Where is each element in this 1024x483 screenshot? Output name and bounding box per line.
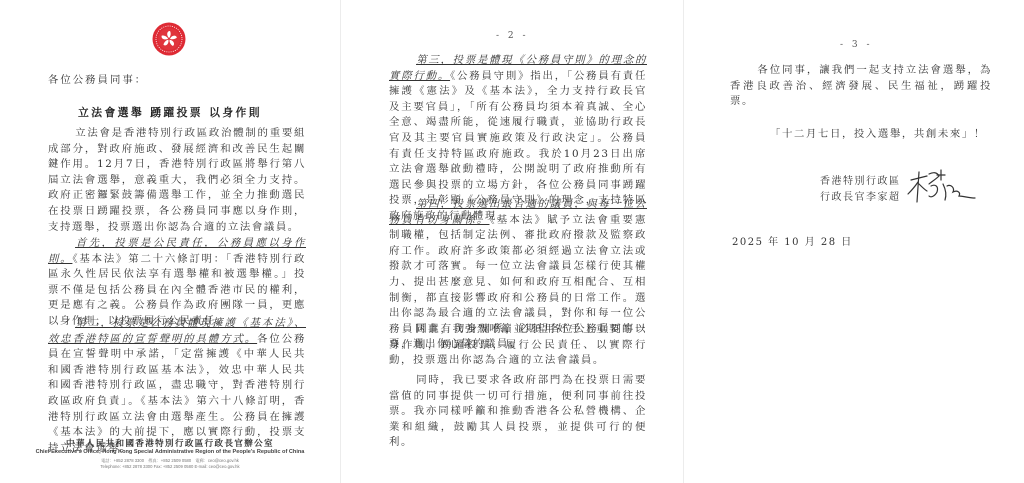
office-name-en: Chief Executive's Office, Hong Kong Spec…: [0, 449, 340, 455]
paragraph-closing: 各位同事，讓我們一起支持立法會選舉，為香港良政善治、經濟發展、民生福祉，踴躍投票…: [730, 63, 992, 110]
paragraph-intro: 立法會是香港特別行政區政治體制的重要組成部分，對政府施政、發展經濟和改善民生起關…: [48, 126, 306, 235]
contact-en: Telephone: +852 2878 3300 Fax: +852 2509…: [0, 464, 340, 469]
page-number: - 2 -: [496, 31, 529, 41]
handwritten-signature-icon: [905, 166, 977, 206]
letter-date: 2025 年 10 月 28 日: [732, 233, 853, 248]
hksar-emblem-icon: [152, 22, 186, 56]
signatory-block: 香港特別行政區 行政長官李家超: [820, 174, 901, 206]
page-number: - 3 -: [840, 40, 873, 50]
signatory-line-1: 香港特別行政區: [820, 174, 901, 190]
signatory-line-2: 行政長官李家超: [820, 190, 901, 206]
paragraph-facilitation: 同時，我已要求各政府部門為在投票日需要當值的同事提供一切可行措施，便利同事前往投…: [389, 373, 647, 451]
paragraph-second-point: 第二，投票是公務員體現擁護《基本法》、效忠香港特區的宣誓聲明的具體方式。各位公務…: [48, 316, 306, 456]
salutation: 各位公務員同事：: [48, 71, 147, 86]
paragraph-appeal: 因此，我強烈呼籲並期望各位公務員同事以身作則，踴躍投票，履行公民責任、以實際行動…: [389, 322, 647, 369]
letter-page-1: 各位公務員同事： 立法會選舉 踴躍投票 以身作則 立法會是香港特別行政區政治體制…: [0, 0, 340, 483]
office-name-zh: 中華人民共和國香港特別行政區行政長官辦公室: [0, 437, 340, 449]
letter-title: 立法會選舉 踴躍投票 以身作則: [0, 105, 340, 120]
slogan: 「十二月七日，投入選舉，共創未來」！: [770, 125, 986, 140]
letter-page-2: - 2 - 第三，投票是體現《公務員守則》的理念的實際行動。《公務員守則》指出，…: [341, 0, 683, 483]
